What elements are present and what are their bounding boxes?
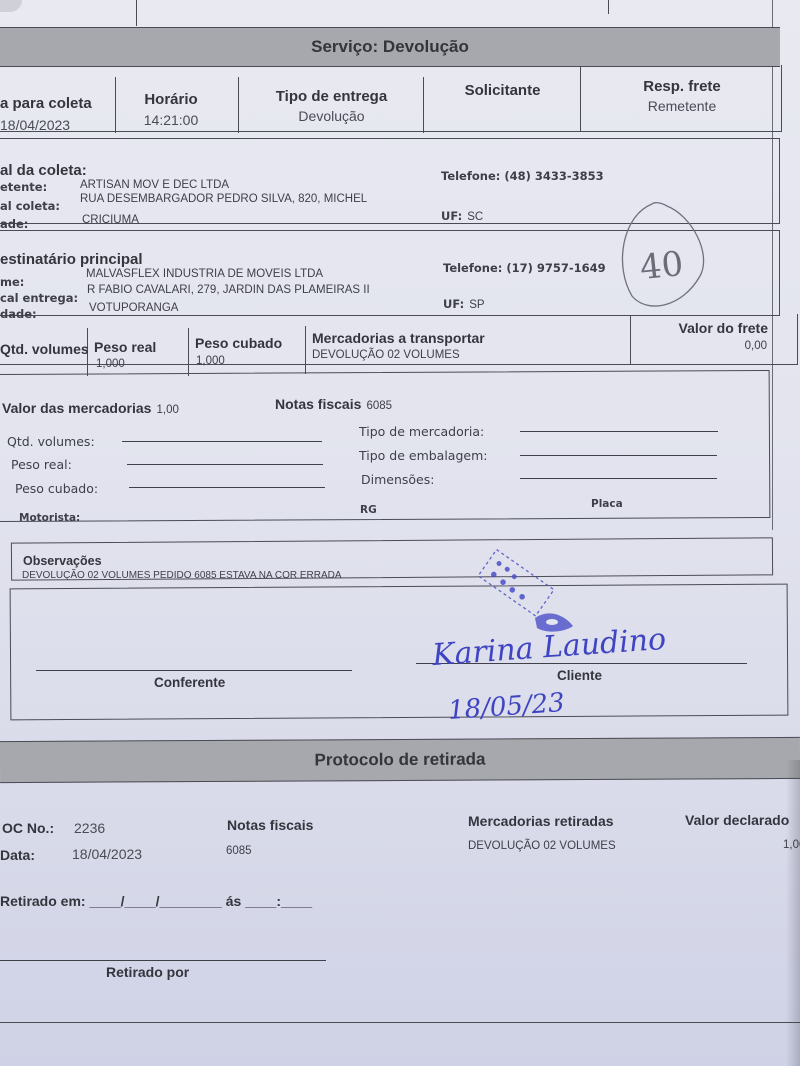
telefone-coleta: Telefone: (48) 3433-3853 xyxy=(441,169,604,183)
mercadorias-retiradas-value: DEVOLUÇÃO 02 VOLUMES xyxy=(468,840,616,852)
retirado-em-label: Retirado em: xyxy=(0,893,86,909)
remetente-value: ARTISAN MOV E DEC LTDA xyxy=(80,179,229,191)
peso-cubado-col-label: Peso cubado xyxy=(195,335,282,351)
cidade-destino-value: VOTUPORANGA xyxy=(89,302,178,314)
rg-label: RG xyxy=(360,504,377,516)
mercadorias-col-value: DEVOLUÇÃO 02 VOLUMES xyxy=(312,349,460,361)
cidade-coleta-value: CRICIUMA xyxy=(82,214,139,226)
valor-mercadorias-label: Valor das mercadorias xyxy=(2,400,151,416)
col-divider xyxy=(188,328,189,376)
protocolo-header: Protocolo de retirada xyxy=(0,737,800,783)
local-entrega-value: R FABIO CAVALARI, 279, JARDIN DAS PLAMEI… xyxy=(87,284,370,296)
peso-real-col-value: 1,000 xyxy=(96,358,125,370)
local-entrega-label: cal entrega: xyxy=(0,291,78,305)
local-coleta-value: RUA DESEMBARGADOR PEDRO SILVA, 820, MICH… xyxy=(80,193,367,205)
top-divider xyxy=(608,0,609,14)
col-divider xyxy=(630,316,631,364)
uf-destino-label: UF: xyxy=(443,297,464,311)
uf-coleta-label: UF: xyxy=(441,209,462,223)
conferente-label: Conferente xyxy=(154,675,225,690)
peso-cubado-label: Peso cubado: xyxy=(15,481,98,496)
oc-value: 2236 xyxy=(74,820,105,836)
local-coleta-label: al coleta: xyxy=(0,199,60,213)
motorista-label: Motorista: xyxy=(19,512,80,524)
cliente-label: Cliente xyxy=(557,668,602,683)
nome-label: me: xyxy=(0,275,24,289)
destinatario-title: estinatário principal xyxy=(0,251,143,268)
data-label: Data: xyxy=(0,847,35,863)
mercadorias-col-label: Mercadorias a transportar xyxy=(312,330,485,346)
observacoes-text: DEVOLUÇÃO 02 VOLUMES PEDIDO 6085 ESTAVA … xyxy=(22,570,342,581)
tipo-mercadoria-field[interactable] xyxy=(520,431,718,432)
ink-stamp-icon xyxy=(455,548,595,648)
telefone-destino-label: Telefone: xyxy=(443,261,502,275)
notas-fiscais: Notas fiscais 6085 xyxy=(275,394,392,413)
telefone-destino-value: (17) 9757-1649 xyxy=(506,261,605,275)
tipo-mercadoria-label: Tipo de mercadoria: xyxy=(359,424,484,439)
signature-section xyxy=(10,584,789,721)
retirado-em: Retirado em: ____/____/________ ás ____:… xyxy=(0,893,312,909)
notas-fiscais-label: Notas fiscais xyxy=(275,396,361,412)
protocolo-title: Protocolo de retirada xyxy=(314,750,485,771)
as-field[interactable]: ____:____ xyxy=(245,893,312,909)
protocolo-notas-label: Notas fiscais xyxy=(227,817,313,833)
top-divider xyxy=(136,0,137,26)
conferente-signature-line[interactable] xyxy=(36,670,352,671)
mercadorias-retiradas-label: Mercadorias retiradas xyxy=(468,813,614,829)
tipo-embalagem-label: Tipo de embalagem: xyxy=(359,448,488,463)
tipo-embalagem-field[interactable] xyxy=(520,455,717,456)
retirado-em-field[interactable]: ____/____/________ xyxy=(89,893,221,909)
tipo-entrega-label: Tipo de entrega xyxy=(240,88,423,105)
protocolo-notas-value: 6085 xyxy=(226,845,252,857)
telefone-coleta-label: Telefone: xyxy=(441,169,500,183)
coleta-title: al da coleta: xyxy=(0,162,87,179)
telefone-coleta-value: (48) 3433-3853 xyxy=(504,169,603,183)
pencil-note: 40 xyxy=(638,244,685,288)
oc-label: OC No.: xyxy=(2,820,54,836)
resp-frete-label: Resp. frete xyxy=(582,78,782,95)
details-section xyxy=(0,370,770,522)
col-divider xyxy=(238,77,239,133)
uf-coleta-value: SC xyxy=(467,211,483,223)
data-value: 18/04/2023 xyxy=(72,846,142,862)
tipo-entrega-value: Devolução xyxy=(240,108,423,124)
page-shadow xyxy=(786,760,800,1066)
uf-destino: UF: SP xyxy=(443,293,485,312)
peso-cubado-col-value: 1,000 xyxy=(196,355,225,367)
dimensoes-label: Dimensões: xyxy=(361,472,434,487)
solicitante-label: Solicitante xyxy=(425,82,580,99)
valor-frete-label: Valor do frete xyxy=(679,320,768,336)
uf-destino-value: SP xyxy=(469,299,484,311)
cidade-coleta-label: ade: xyxy=(0,217,28,231)
horario-value: 14:21:00 xyxy=(115,112,227,128)
col-divider xyxy=(423,77,424,133)
valor-declarado-label: Valor declarado xyxy=(685,812,789,828)
valor-mercadorias: Valor das mercadorias 1,00 xyxy=(2,398,179,417)
peso-real-field[interactable] xyxy=(127,464,323,465)
peso-real-label: Peso real: xyxy=(11,457,72,472)
peso-cubado-field[interactable] xyxy=(129,487,325,488)
col-divider xyxy=(305,326,306,374)
retirado-por-label: Retirado por xyxy=(106,964,189,980)
bottom-border xyxy=(0,1022,800,1023)
qtd-volumes-label: Qtd. volumes: xyxy=(7,434,95,449)
qtd-volumes-field[interactable] xyxy=(122,441,322,442)
service-title: Serviço: Devolução xyxy=(311,37,469,57)
nome-value: MALVASFLEX INDUSTRIA DE MOVEIS LTDA xyxy=(86,268,323,280)
observacoes-label: Observações xyxy=(23,554,102,568)
retirado-por-signature-line[interactable] xyxy=(0,960,326,961)
data-coleta-label: a para coleta xyxy=(0,95,92,112)
placa-label: Placa xyxy=(591,498,623,510)
remetente-label: etente: xyxy=(0,180,47,194)
horario-label: Horário xyxy=(115,91,227,108)
col-divider xyxy=(580,66,581,132)
telefone-destino: Telefone: (17) 9757-1649 xyxy=(443,261,606,275)
service-header: Serviço: Devolução xyxy=(0,27,780,67)
notas-fiscais-value: 6085 xyxy=(366,400,392,412)
valor-mercadorias-value: 1,00 xyxy=(157,404,179,416)
data-coleta-value: 18/04/2023 xyxy=(0,117,70,133)
dimensoes-field[interactable] xyxy=(520,478,717,479)
peso-real-col-label: Peso real xyxy=(94,339,156,355)
valor-frete-value: 0,00 xyxy=(745,340,767,352)
resp-frete-value: Remetente xyxy=(582,98,782,114)
qtd-volumes-col-label: Qtd. volumes xyxy=(0,341,89,357)
as-label: ás xyxy=(226,893,242,909)
hole-punch xyxy=(0,0,22,12)
uf-coleta: UF: SC xyxy=(441,205,483,224)
